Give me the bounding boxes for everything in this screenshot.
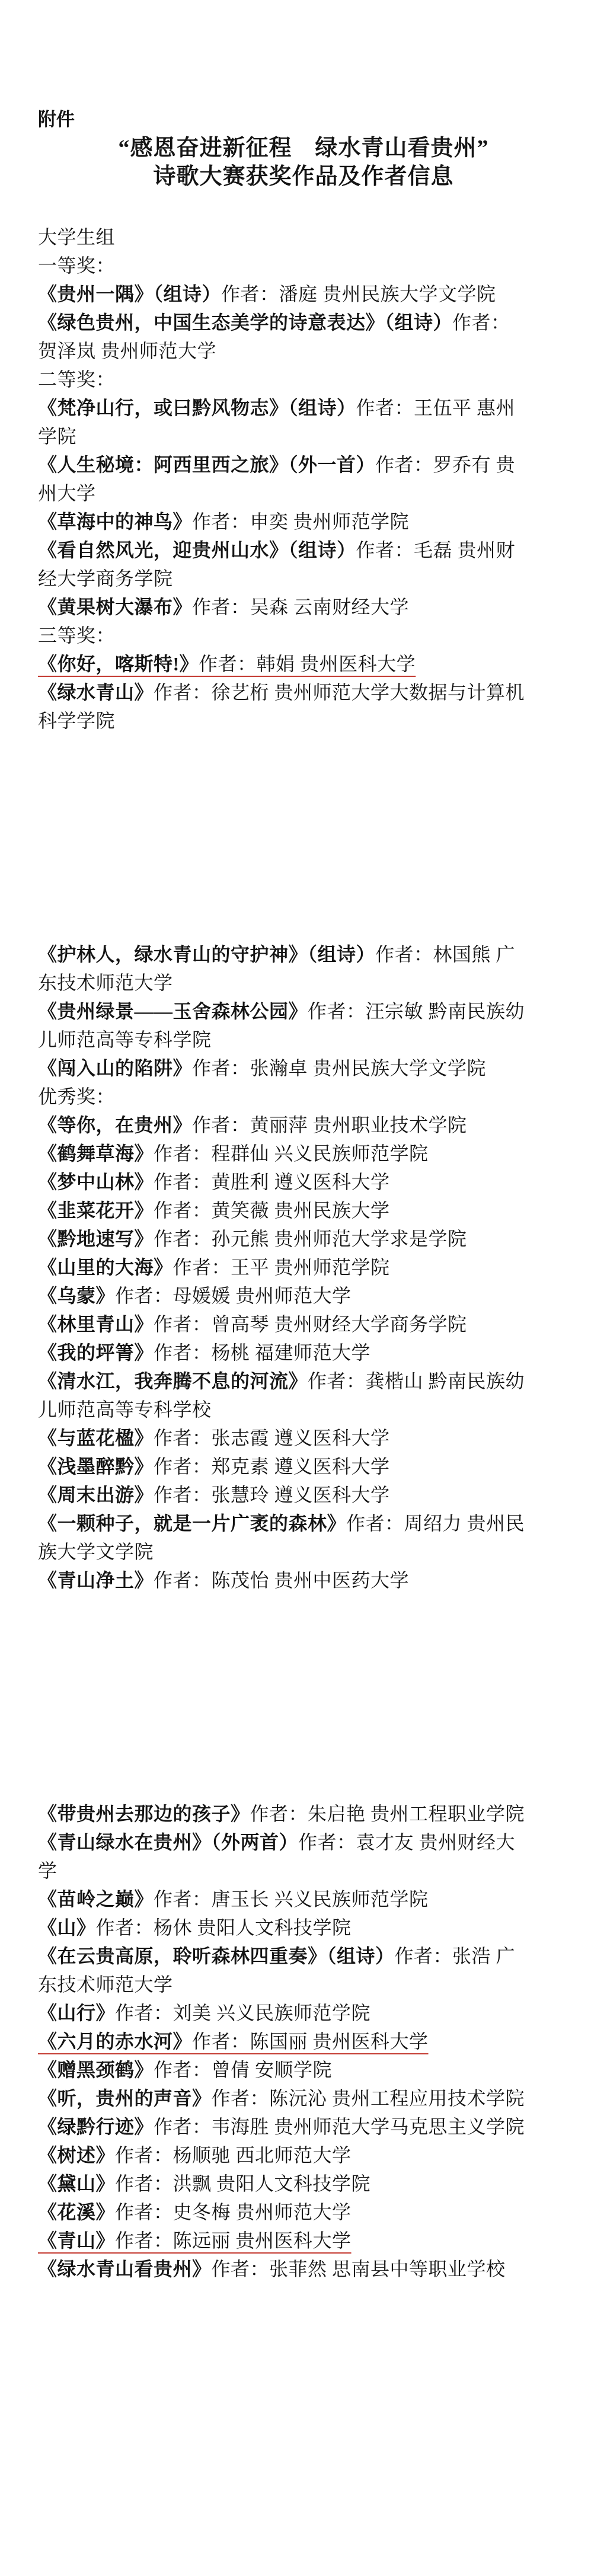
author-info: 作者：王平 贵州师范学院 bbox=[173, 1257, 390, 1278]
author-info: 作者：王伍平 惠州 bbox=[356, 397, 516, 418]
entry-line: 《乌蒙》作者：母媛媛 贵州师范大学 bbox=[38, 1281, 569, 1310]
entry-line: 《山里的大海》作者：王平 贵州师范学院 bbox=[38, 1253, 569, 1281]
author-info: 州大学 bbox=[38, 482, 96, 504]
author-info: 作者：刘美 兴义民族师范学院 bbox=[115, 2002, 370, 2024]
work-title: 《六月的赤水河》 bbox=[38, 2031, 192, 2052]
document-body: 大学生组一等奖：《贵州一隅》（组诗）作者：潘庭 贵州民族大学文学院《绿色贵州，中… bbox=[38, 223, 569, 2283]
work-title: 《山里的大海》 bbox=[38, 1257, 173, 1278]
author-info: 作者：陈国丽 贵州医科大学 bbox=[192, 2031, 429, 2052]
work-title: 《我的坪箐》 bbox=[38, 1342, 154, 1363]
page-break-gap bbox=[38, 735, 569, 940]
work-title: 《护林人，绿水青山的守护神》（组诗） bbox=[38, 944, 375, 965]
entry-line: 《六月的赤水河》作者：陈国丽 贵州医科大学 bbox=[38, 2027, 569, 2056]
attachment-label: 附件 bbox=[38, 106, 569, 134]
entry-line: 《绿水青山》作者：徐艺桁 贵州师范大学大数据与计算机 bbox=[38, 678, 569, 707]
entry-line: 《黄果树大瀑布》作者：吴森 云南财经大学 bbox=[38, 593, 569, 621]
entry-line: 《花溪》作者：史冬梅 贵州师范大学 bbox=[38, 2198, 569, 2226]
work-title: 《乌蒙》 bbox=[38, 1285, 115, 1306]
work-title: 《闯入山的陷阱》 bbox=[38, 1057, 192, 1079]
work-title: 《青山》 bbox=[38, 2230, 115, 2251]
entry-line: 《赠黑颈鹤》作者：曾倩 安顺学院 bbox=[38, 2056, 569, 2084]
author-info: 作者：史冬梅 贵州师范大学 bbox=[115, 2201, 352, 2223]
author-info: 作者：陈茂怡 贵州中医药大学 bbox=[154, 1570, 409, 1591]
award-level-label: 三等奖： bbox=[38, 625, 115, 646]
work-title: 《绿黔行迹》 bbox=[38, 2116, 154, 2137]
entry-line: 《人生秘境：阿西里西之旅》（外一首）作者：罗乔有 贵 bbox=[38, 450, 569, 479]
author-info: 作者：曾高琴 贵州财经大学商务学院 bbox=[154, 1313, 467, 1335]
author-info: 作者：曾倩 安顺学院 bbox=[154, 2059, 332, 2080]
entry-line: 《贵州绿景——玉舍森林公园》作者：汪宗敏 黔南民族幼 bbox=[38, 997, 569, 1025]
work-title: 《山》 bbox=[38, 1917, 96, 1938]
entry-line: 《等你，在贵州》作者：黄丽萍 贵州职业技术学院 bbox=[38, 1111, 569, 1139]
author-info: 学院 bbox=[38, 426, 76, 447]
entry-line: 《绿色贵州，中国生态美学的诗意表达》（组诗）作者： bbox=[38, 308, 569, 337]
entry-line: 《青山》作者：陈远丽 贵州医科大学 bbox=[38, 2226, 569, 2255]
author-info: 学 bbox=[38, 1860, 57, 1881]
author-info: 作者：申奕 贵州师范学院 bbox=[192, 511, 409, 532]
work-title: 《等你，在贵州》 bbox=[38, 1114, 192, 1136]
entry-line: 《与蓝花楹》作者：张志霞 遵义医科大学 bbox=[38, 1424, 569, 1452]
award-level-heading: 三等奖： bbox=[38, 621, 569, 650]
author-info: 作者：韩娟 贵州医科大学 bbox=[199, 653, 416, 675]
author-info: 作者：程群仙 兴义民族师范学院 bbox=[154, 1143, 429, 1164]
work-title: 《青山净土》 bbox=[38, 1570, 154, 1591]
entry-line: 《青山净土》作者：陈茂怡 贵州中医药大学 bbox=[38, 1566, 569, 1594]
work-title: 《清水江，我奔腾不息的河流》 bbox=[38, 1370, 308, 1392]
author-info: 作者：杨顺驰 西北师范大学 bbox=[115, 2144, 352, 2166]
entry-line: 《梦中山林》作者：黄胜利 遵义医科大学 bbox=[38, 1168, 569, 1196]
work-title: 《听，贵州的声音》 bbox=[38, 2088, 212, 2109]
author-info: 族大学文学院 bbox=[38, 1541, 154, 1562]
entry-line: 《清水江，我奔腾不息的河流》作者：龚楷山 黔南民族幼 bbox=[38, 1367, 569, 1395]
work-title: 《人生秘境：阿西里西之旅》（外一首） bbox=[38, 454, 375, 475]
author-info: 作者：林国熊 广 bbox=[375, 944, 515, 965]
work-title: 《花溪》 bbox=[38, 2201, 115, 2223]
work-title: 《周末出游》 bbox=[38, 1484, 154, 1506]
entry-continuation-line: 东技术师范大学 bbox=[38, 969, 569, 997]
author-info: 作者：郑克素 遵义医科大学 bbox=[154, 1456, 390, 1477]
author-info: 作者：陈沅沁 贵州工程应用技术学院 bbox=[212, 2088, 525, 2109]
work-title: 《山行》 bbox=[38, 2002, 115, 2024]
entry-line: 《山行》作者：刘美 兴义民族师范学院 bbox=[38, 1999, 569, 2027]
author-info: 科学学院 bbox=[38, 710, 115, 731]
work-title: 《黛山》 bbox=[38, 2173, 115, 2194]
work-title: 《看自然风光，迎贵州山水》（组诗） bbox=[38, 539, 356, 561]
work-title: 《浅墨醉黔》 bbox=[38, 1456, 154, 1477]
author-info: 贺泽岚 贵州师范大学 bbox=[38, 340, 216, 362]
entry-continuation-line: 儿师范高等专科学院 bbox=[38, 1025, 569, 1054]
work-title: 《青山绿水在贵州》（外两首） bbox=[38, 1832, 298, 1853]
work-title: 《黔地速写》 bbox=[38, 1228, 154, 1249]
entry-line: 《草海中的神鸟》作者：申奕 贵州师范学院 bbox=[38, 507, 569, 536]
entry-line: 《听，贵州的声音》作者：陈沅沁 贵州工程应用技术学院 bbox=[38, 2084, 569, 2112]
entry-line: 《黛山》作者：洪飘 贵阳人文科技学院 bbox=[38, 2169, 569, 2198]
entry-line: 《一颗种子，就是一片广袤的森林》作者：周绍力 贵州民 bbox=[38, 1509, 569, 1538]
author-info: 作者：龚楷山 黔南民族幼 bbox=[308, 1370, 525, 1392]
entry-line: 《梵净山行，或曰黔风物志》（组诗）作者：王伍平 惠州 bbox=[38, 394, 569, 422]
entry-line: 《树述》作者：杨顺驰 西北师范大学 bbox=[38, 2141, 569, 2169]
work-title: 《韭菜花开》 bbox=[38, 1200, 154, 1221]
group-heading: 大学生组 bbox=[38, 223, 569, 251]
author-info: 儿师范高等专科学校 bbox=[38, 1399, 212, 1420]
author-info: 作者：黄胜利 遵义医科大学 bbox=[154, 1171, 390, 1193]
group-label: 大学生组 bbox=[38, 226, 115, 248]
entry-continuation-line: 贺泽岚 贵州师范大学 bbox=[38, 337, 569, 365]
entry-line: 《青山绿水在贵州》（外两首）作者：袁才友 贵州财经大 bbox=[38, 1828, 569, 1856]
work-title: 《黄果树大瀑布》 bbox=[38, 596, 192, 618]
award-level-heading: 一等奖： bbox=[38, 251, 569, 280]
work-title: 《苗岭之巅》 bbox=[38, 1888, 154, 1910]
author-info: 作者：毛磊 贵州财 bbox=[356, 539, 516, 561]
entry-line: 《韭菜花开》作者：黄笑薇 贵州民族大学 bbox=[38, 1196, 569, 1225]
work-title: 《赠黑颈鹤》 bbox=[38, 2059, 154, 2080]
entry-line: 《周末出游》作者：张慧玲 遵义医科大学 bbox=[38, 1481, 569, 1509]
author-info: 东技术师范大学 bbox=[38, 972, 173, 993]
work-title: 《贵州绿景——玉舍森林公园》 bbox=[38, 1001, 308, 1022]
author-info: 作者：陈远丽 贵州医科大学 bbox=[115, 2230, 352, 2251]
entry-line: 《绿黔行迹》作者：韦海胜 贵州师范大学马克思主义学院 bbox=[38, 2112, 569, 2141]
entry-continuation-line: 东技术师范大学 bbox=[38, 1970, 569, 1999]
author-info: 作者：孙元熊 贵州师范大学求是学院 bbox=[154, 1228, 467, 1249]
entry-line: 《苗岭之巅》作者：唐玉长 兴义民族师范学院 bbox=[38, 1885, 569, 1913]
entry-continuation-line: 科学学院 bbox=[38, 707, 569, 735]
entry-continuation-line: 学院 bbox=[38, 422, 569, 450]
author-info: 作者：洪飘 贵阳人文科技学院 bbox=[115, 2173, 370, 2194]
entry-continuation-line: 州大学 bbox=[38, 479, 569, 507]
work-title: 《一颗种子，就是一片广袤的森林》 bbox=[38, 1513, 346, 1534]
entry-line: 《看自然风光，迎贵州山水》（组诗）作者：毛磊 贵州财 bbox=[38, 536, 569, 564]
document-page: 附件 “感恩奋进新征程 绿水青山看贵州” 诗歌大赛获奖作品及作者信息 大学生组一… bbox=[0, 0, 607, 2576]
author-info: 作者：袁才友 贵州财经大 bbox=[298, 1832, 515, 1853]
author-info: 作者：潘庭 贵州民族大学文学院 bbox=[221, 283, 496, 305]
author-info: 作者：周绍力 贵州民 bbox=[346, 1513, 525, 1534]
entry-continuation-line: 族大学文学院 bbox=[38, 1538, 569, 1566]
author-info: 儿师范高等专科学院 bbox=[38, 1029, 212, 1050]
award-level-heading: 二等奖： bbox=[38, 365, 569, 394]
author-info: 作者：罗乔有 贵 bbox=[375, 454, 515, 475]
entry-line: 《绿水青山看贵州》作者：张菲然 思南县中等职业学校 bbox=[38, 2255, 569, 2283]
document-title-line2: 诗歌大赛获奖作品及作者信息 bbox=[38, 162, 569, 191]
author-info: 作者：张志霞 遵义医科大学 bbox=[154, 1427, 390, 1449]
author-info: 作者： bbox=[452, 312, 510, 333]
entry-line: 《在云贵高原，聆听森林四重奏》（组诗）作者：张浩 广 bbox=[38, 1942, 569, 1970]
entry-continuation-line: 儿师范高等专科学校 bbox=[38, 1395, 569, 1424]
author-info: 作者：杨桃 福建师范大学 bbox=[154, 1342, 370, 1363]
entry-continuation-line: 学 bbox=[38, 1856, 569, 1885]
entry-line: 《带贵州去那边的孩子》作者：朱启艳 贵州工程职业学院 bbox=[38, 1800, 569, 1828]
work-title: 《绿水青山》 bbox=[38, 682, 154, 703]
entry-line: 《护林人，绿水青山的守护神》（组诗）作者：林国熊 广 bbox=[38, 940, 569, 969]
author-info: 作者：唐玉长 兴义民族师范学院 bbox=[154, 1888, 429, 1910]
author-info: 作者：母媛媛 贵州师范大学 bbox=[115, 1285, 352, 1306]
author-info: 作者：黄丽萍 贵州职业技术学院 bbox=[192, 1114, 467, 1136]
work-title: 《贵州一隅》（组诗） bbox=[38, 283, 221, 305]
author-info: 作者：汪宗敏 黔南民族幼 bbox=[308, 1001, 525, 1022]
entry-line: 《你好，喀斯特!》作者：韩娟 贵州医科大学 bbox=[38, 650, 569, 678]
author-info: 作者：张慧玲 遵义医科大学 bbox=[154, 1484, 390, 1506]
author-info: 作者：韦海胜 贵州师范大学马克思主义学院 bbox=[154, 2116, 525, 2137]
author-info: 作者：吴森 云南财经大学 bbox=[192, 596, 409, 618]
author-info: 作者：张瀚卓 贵州民族大学文学院 bbox=[192, 1057, 486, 1079]
award-level-label: 一等奖： bbox=[38, 255, 115, 276]
award-level-label: 二等奖： bbox=[38, 369, 115, 390]
work-title: 《绿水青山看贵州》 bbox=[38, 2258, 212, 2280]
page-break-gap bbox=[38, 1594, 569, 1800]
entry-line: 《山》作者：杨休 贵阳人文科技学院 bbox=[38, 1913, 569, 1942]
document-title-line1: “感恩奋进新征程 绿水青山看贵州” bbox=[38, 134, 569, 162]
work-title: 《鹤舞草海》 bbox=[38, 1143, 154, 1164]
author-info: 经大学商务学院 bbox=[38, 568, 173, 589]
work-title: 《在云贵高原，聆听森林四重奏》（组诗） bbox=[38, 1945, 395, 1967]
author-info: 作者：黄笑薇 贵州民族大学 bbox=[154, 1200, 390, 1221]
author-info: 作者：徐艺桁 贵州师范大学大数据与计算机 bbox=[154, 682, 525, 703]
work-title: 《带贵州去那边的孩子》 bbox=[38, 1803, 250, 1824]
work-title: 《梵净山行，或曰黔风物志》（组诗） bbox=[38, 397, 356, 418]
entry-line: 《鹤舞草海》作者：程群仙 兴义民族师范学院 bbox=[38, 1139, 569, 1168]
work-title: 《草海中的神鸟》 bbox=[38, 511, 192, 532]
entry-line: 《闯入山的陷阱》作者：张瀚卓 贵州民族大学文学院 bbox=[38, 1054, 569, 1082]
work-title: 《与蓝花楹》 bbox=[38, 1427, 154, 1449]
author-info: 东技术师范大学 bbox=[38, 1974, 173, 1995]
entry-line: 《林里青山》作者：曾高琴 贵州财经大学商务学院 bbox=[38, 1310, 569, 1338]
author-info: 作者：杨休 贵阳人文科技学院 bbox=[96, 1917, 352, 1938]
work-title: 《林里青山》 bbox=[38, 1313, 154, 1335]
author-info: 作者：张浩 广 bbox=[395, 1945, 516, 1967]
entry-line: 《我的坪箐》作者：杨桃 福建师范大学 bbox=[38, 1338, 569, 1367]
author-info: 作者：朱启艳 贵州工程职业学院 bbox=[250, 1803, 525, 1824]
entry-line: 《贵州一隅》（组诗）作者：潘庭 贵州民族大学文学院 bbox=[38, 280, 569, 308]
award-level-label: 优秀奖： bbox=[38, 1086, 115, 1107]
entry-continuation-line: 经大学商务学院 bbox=[38, 564, 569, 593]
work-title: 《梦中山林》 bbox=[38, 1171, 154, 1193]
award-level-heading: 优秀奖： bbox=[38, 1082, 569, 1111]
author-info: 作者：张菲然 思南县中等职业学校 bbox=[212, 2258, 506, 2280]
work-title: 《绿色贵州，中国生态美学的诗意表达》（组诗） bbox=[38, 312, 452, 333]
entry-line: 《浅墨醉黔》作者：郑克素 遵义医科大学 bbox=[38, 1452, 569, 1481]
entry-line: 《黔地速写》作者：孙元熊 贵州师范大学求是学院 bbox=[38, 1225, 569, 1253]
work-title: 《你好，喀斯特!》 bbox=[38, 653, 199, 675]
work-title: 《树述》 bbox=[38, 2144, 115, 2166]
